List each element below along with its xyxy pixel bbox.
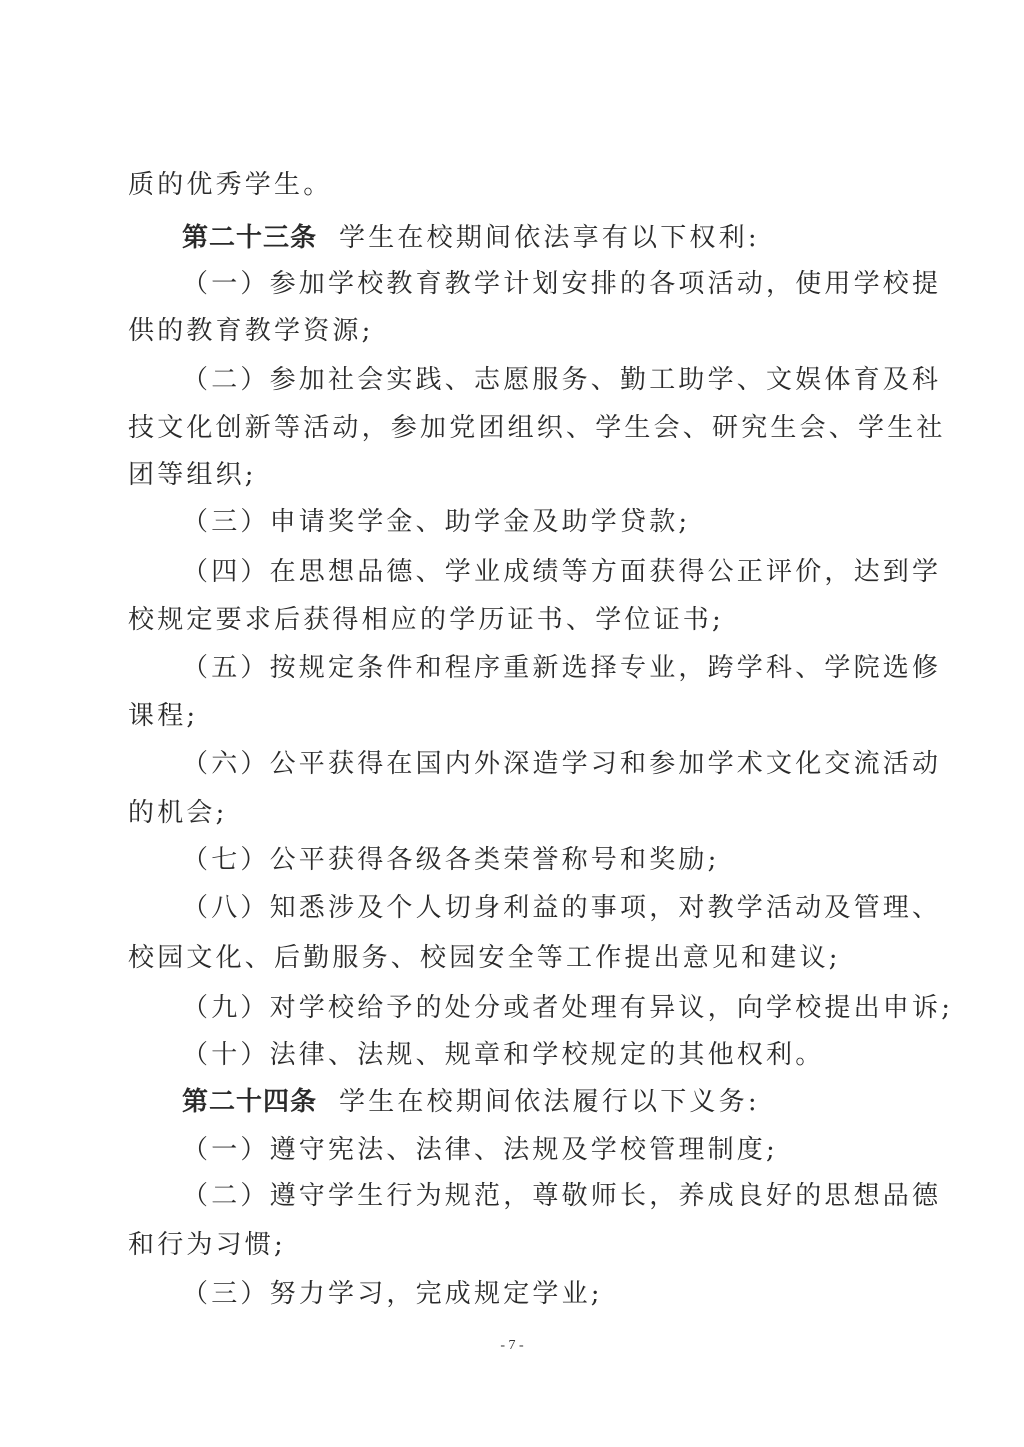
line-text: 的机会;	[128, 798, 228, 828]
right-item-5: （五）按规定条件和程序重新选择专业，跨学科、学院选修	[182, 651, 906, 685]
right-item-4: （四）在思想品德、学业成绩等方面获得公正评价，达到学	[182, 555, 906, 589]
line-text: （三）申请奖学金、助学金及助学贷款;	[182, 507, 690, 537]
right-item-2: （二）参加社会实践、志愿服务、勤工助学、文娱体育及科	[182, 363, 906, 397]
line-text: 和行为习惯;	[128, 1230, 286, 1260]
line-text: （十）法律、法规、规章和学校规定的其他权利。	[182, 1040, 824, 1070]
line-text: 供的教育教学资源;	[128, 316, 374, 346]
right-item-6: （六）公平获得在国内外深造学习和参加学术文化交流活动	[182, 747, 906, 781]
line-text: （六）公平获得在国内外深造学习和参加学术文化交流活动	[182, 749, 941, 779]
line-text: 质的优秀学生。	[128, 170, 332, 200]
right-item-4-cont: 校规定要求后获得相应的学历证书、学位证书;	[128, 603, 908, 637]
right-item-8-cont: 校园文化、后勤服务、校园安全等工作提出意见和建议;	[128, 941, 908, 975]
line-text: （九）对学校给予的处分或者处理有异议，向学校提出申诉;	[182, 993, 953, 1023]
article-intro: 学生在校期间依法享有以下权利:	[339, 223, 760, 253]
article-23-heading: 第二十三条学生在校期间依法享有以下权利:	[182, 221, 962, 255]
right-item-1-cont: 供的教育教学资源;	[128, 314, 908, 348]
line-text: （二）遵守学生行为规范，尊敬师长，养成良好的思想品德	[182, 1181, 941, 1211]
duty-item-1: （一）遵守宪法、法律、法规及学校管理制度;	[182, 1133, 962, 1167]
line-text: 课程;	[128, 701, 198, 731]
article-number: 第二十三条	[182, 223, 317, 253]
line-text: （一）遵守宪法、法律、法规及学校管理制度;	[182, 1135, 778, 1165]
right-item-7: （七）公平获得各级各类荣誉称号和奖励;	[182, 843, 962, 877]
duty-item-3: （三）努力学习，完成规定学业;	[182, 1277, 962, 1311]
line-text: 校规定要求后获得相应的学历证书、学位证书;	[128, 605, 724, 635]
line-text: 团等组织;	[128, 460, 257, 490]
right-item-10: （十）法律、法规、规章和学校规定的其他权利。	[182, 1038, 962, 1072]
article-24-heading: 第二十四条学生在校期间依法履行以下义务:	[182, 1085, 962, 1119]
right-item-2-cont2: 团等组织;	[128, 458, 908, 492]
line-text: （三）努力学习，完成规定学业;	[182, 1279, 603, 1309]
document-page: 质的优秀学生。 第二十三条学生在校期间依法享有以下权利: （一）参加学校教育教学…	[0, 0, 1024, 1447]
line-text: （一）参加学校教育教学计划安排的各项活动，使用学校提	[182, 269, 941, 299]
paragraph-continuation: 质的优秀学生。	[128, 168, 908, 202]
right-item-8: （八）知悉涉及个人切身利益的事项，对教学活动及管理、	[182, 891, 906, 925]
line-text: （二）参加社会实践、志愿服务、勤工助学、文娱体育及科	[182, 365, 941, 395]
right-item-6-cont: 的机会;	[128, 796, 908, 830]
right-item-3: （三）申请奖学金、助学金及助学贷款;	[182, 505, 962, 539]
line-text: 技文化创新等活动，参加党团组织、学生会、研究生会、学生社	[128, 413, 946, 443]
line-text: （七）公平获得各级各类荣誉称号和奖励;	[182, 845, 720, 875]
right-item-1: （一）参加学校教育教学计划安排的各项活动，使用学校提	[182, 267, 906, 301]
line-text: 校园文化、后勤服务、校园安全等工作提出意见和建议;	[128, 943, 841, 973]
duty-item-2: （二）遵守学生行为规范，尊敬师长，养成良好的思想品德	[182, 1179, 906, 1213]
article-number: 第二十四条	[182, 1087, 317, 1117]
right-item-2-cont: 技文化创新等活动，参加党团组织、学生会、研究生会、学生社	[128, 411, 906, 445]
line-text: （四）在思想品德、学业成绩等方面获得公正评价，达到学	[182, 557, 941, 587]
article-intro: 学生在校期间依法履行以下义务:	[339, 1087, 760, 1117]
right-item-9: （九）对学校给予的处分或者处理有异议，向学校提出申诉;	[182, 991, 906, 1025]
line-text: （五）按规定条件和程序重新选择专业，跨学科、学院选修	[182, 653, 941, 683]
right-item-5-cont: 课程;	[128, 699, 908, 733]
line-text: （八）知悉涉及个人切身利益的事项，对教学活动及管理、	[182, 893, 941, 923]
duty-item-2-cont: 和行为习惯;	[128, 1228, 908, 1262]
page-number: - 7 -	[0, 1338, 1024, 1354]
